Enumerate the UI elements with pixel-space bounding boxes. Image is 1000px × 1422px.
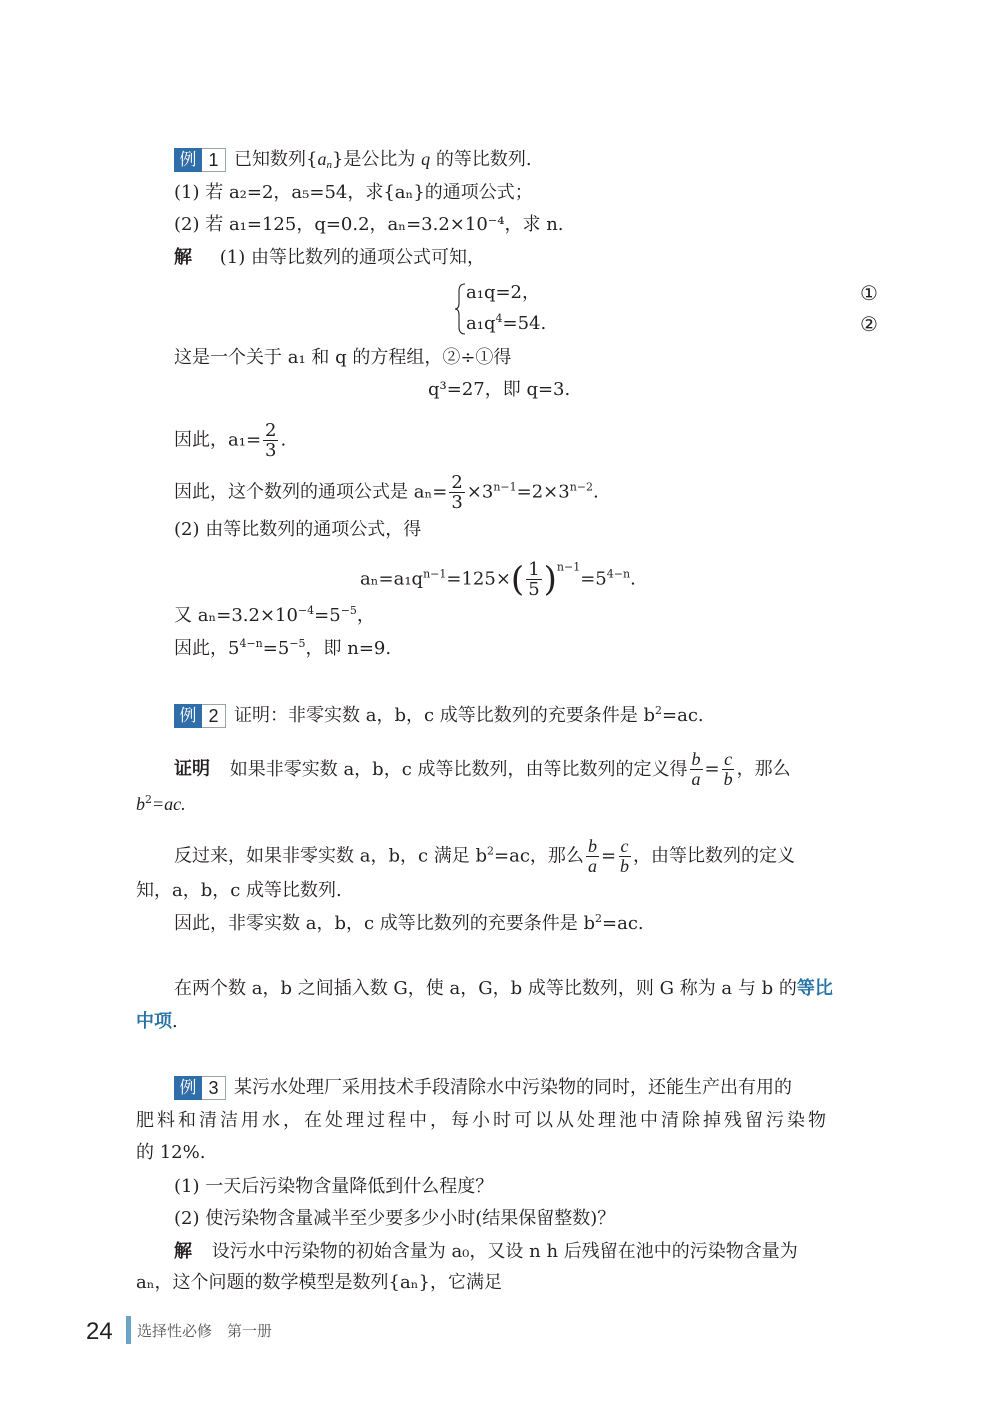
example-tag-number: 3 <box>202 1076 226 1100</box>
numerator: b <box>586 837 599 857</box>
math-var: b <box>136 794 145 814</box>
book-title: 选择性必修 第一册 <box>137 1320 272 1341</box>
example1-a1-result: 因此，a₁=23. <box>174 421 286 460</box>
example-tag-number: 1 <box>202 148 226 172</box>
example3-line2: 肥料和清洁用水，在处理过程中，每小时可以从处理池中清除掉残留污染物 <box>136 1109 829 1133</box>
denominator: 3 <box>263 441 278 460</box>
example1-solution-line2: 这是一个关于 a₁ 和 q 的方程组，②÷①得 <box>174 346 511 370</box>
exponent: −5 <box>341 604 357 617</box>
text: =54. <box>502 313 546 334</box>
example-tag-label: 例 <box>174 704 202 728</box>
exponent: n−1 <box>423 568 446 581</box>
text: 已知数列{ <box>234 149 317 170</box>
text: = <box>705 759 720 780</box>
text: =ac. <box>662 705 704 726</box>
solution-label: 解 <box>174 1241 192 1262</box>
text: =125× <box>446 569 511 590</box>
text: ，由等比数列的定义 <box>633 846 795 867</box>
exponent: 2 <box>145 793 152 806</box>
text: =5 <box>314 605 341 626</box>
example-tag-label: 例 <box>174 148 202 172</box>
example3-line3: 的 12%. <box>136 1141 205 1165</box>
text: 如果非零实数 a，b，c 成等比数列，由等比数列的定义得 <box>230 759 688 780</box>
example2-proof-line2: b2=ac. <box>136 792 186 817</box>
example1-solution-part2: (2) 由等比数列的通项公式，得 <box>174 518 421 542</box>
system-equation-2: a₁q4=54. <box>466 312 546 336</box>
denominator: b <box>722 770 735 789</box>
text: =2×3 <box>517 482 570 503</box>
system-equation-1: a₁q=2， <box>466 281 540 305</box>
text: 因此，这个数列的通项公式是 aₙ= <box>174 482 447 503</box>
exponent: n−1 <box>557 561 580 574</box>
text: =5 <box>580 569 607 590</box>
example3-statement: 例 3 某污水处理厂采用技术手段清除水中污染物的同时，还能生产出有用的 <box>174 1076 792 1100</box>
exponent: 2 <box>655 704 662 717</box>
denominator: a <box>690 770 703 789</box>
text: 设污水中污染物的初始含量为 a₀，又设 n h 后残留在池中的污染物含量为 <box>212 1241 798 1262</box>
text: =ac. <box>602 913 644 934</box>
exponent: 2 <box>595 912 602 925</box>
text: = <box>601 846 616 867</box>
exponent: −4 <box>298 604 314 617</box>
fraction: 15 <box>526 560 541 599</box>
fraction: cb <box>722 750 735 789</box>
example1-general-formula: 因此，这个数列的通项公式是 aₙ=23×3n−1=2×3n−2. <box>174 473 599 512</box>
example1-q-cubed: q³=27，即 q=3. <box>428 378 570 402</box>
example3-solution-line2: aₙ，这个问题的数学模型是数列{aₙ}，它满足 <box>136 1271 502 1295</box>
proof-label: 证明 <box>174 759 210 780</box>
exponent: 4−n <box>607 568 630 581</box>
numerator: c <box>619 837 631 857</box>
denominator: 3 <box>449 493 464 512</box>
example1-question2: (2) 若 a₁=125，q=0.2，aₙ=3.2×10⁻⁴，求 n. <box>174 213 564 237</box>
exponent: 2 <box>487 845 494 858</box>
text: ，那么 <box>737 759 791 780</box>
numerator: b <box>690 750 703 770</box>
example2-statement: 例 2 证明：非零实数 a，b，c 成等比数列的充要条件是 b2=ac. <box>174 704 704 728</box>
text: 的等比数列. <box>430 149 531 170</box>
text: ，即 n=9. <box>306 638 392 659</box>
example3-question1: (1) 一天后污染物含量降低到什么程度？ <box>174 1175 493 1199</box>
fraction: ba <box>690 750 703 789</box>
example2-converse: 反过来，如果非零实数 a，b，c 满足 b2=ac，那么ba=cb，由等比数列的… <box>174 837 795 876</box>
key-term: 中项 <box>136 1011 172 1032</box>
example1-statement: 例 1 已知数列{an}是公比为 q 的等比数列. <box>174 147 532 172</box>
footer-divider <box>126 1316 131 1344</box>
text: ， <box>357 605 375 626</box>
geometric-mean-definition-line2: 中项. <box>136 1010 178 1034</box>
solution-label: 解 <box>174 247 192 268</box>
example1-solution-line1: 解 (1) 由等比数列的通项公式可知， <box>174 246 485 270</box>
text: . <box>593 482 599 503</box>
example2-converse-line2: 知，a，b，c 成等比数列. <box>136 879 342 903</box>
example-tag-number: 2 <box>202 704 226 728</box>
fraction: 23 <box>449 473 464 512</box>
denominator: a <box>586 857 599 876</box>
example3-solution-line1: 解 设污水中污染物的初始含量为 a₀，又设 n h 后残留在池中的污染物含量为 <box>174 1240 798 1264</box>
exponent: n−1 <box>493 481 516 494</box>
example-tag-label: 例 <box>174 1076 202 1100</box>
equation-number-1: ① <box>860 281 878 305</box>
example1-an-derivation: aₙ=a₁qn−1=125×(15)n−1=54−n. <box>360 560 636 599</box>
text: . <box>172 1011 178 1032</box>
text: }是公比为 <box>332 149 421 170</box>
exponent: −5 <box>289 637 305 650</box>
text: 因此，5 <box>174 638 239 659</box>
numerator: 2 <box>449 473 464 493</box>
exponent: n−2 <box>570 481 593 494</box>
denominator: b <box>618 857 631 876</box>
example1-final: 因此，54−n=5−5，即 n=9. <box>174 637 391 661</box>
text: =5 <box>263 638 290 659</box>
exponent: 4−n <box>239 637 262 650</box>
fraction: cb <box>618 837 631 876</box>
text: 因此，非零实数 a，b，c 成等比数列的充要条件是 b <box>174 913 595 934</box>
text: =ac，那么 <box>494 846 584 867</box>
example3-question2: (2) 使污染物含量减半至少要多少小时(结果保留整数)？ <box>174 1207 615 1231</box>
page-number: 24 <box>86 1318 113 1346</box>
example-tag: 例 2 <box>174 704 226 728</box>
text: ×3 <box>467 482 494 503</box>
text: aₙ=a₁q <box>360 569 423 590</box>
numerator: c <box>722 750 734 770</box>
example1-question1: (1) 若 a₂=2，a₅=54，求{aₙ}的通项公式； <box>174 181 533 205</box>
fraction: ba <box>586 837 599 876</box>
system-brace-icon <box>454 283 466 335</box>
text: 反过来，如果非零实数 a，b，c 满足 b <box>174 846 487 867</box>
text: 证明：非零实数 a，b，c 成等比数列的充要条件是 b <box>234 705 655 726</box>
text: 又 aₙ=3.2×10 <box>174 605 298 626</box>
textbook-page: 例 1 已知数列{an}是公比为 q 的等比数列. (1) 若 a₂=2，a₅=… <box>0 0 1000 1422</box>
key-term: 等比 <box>797 978 833 999</box>
math-var: q <box>421 149 430 169</box>
example2-proof-line1: 证明 如果非零实数 a，b，c 成等比数列，由等比数列的定义得ba=cb，那么 <box>174 750 791 789</box>
geometric-mean-definition: 在两个数 a，b 之间插入数 G，使 a，G，b 成等比数列，则 G 称为 a … <box>174 977 833 1001</box>
right-paren: ) <box>544 560 557 600</box>
text: (1) 由等比数列的通项公式可知， <box>220 247 485 268</box>
example-tag: 例 3 <box>174 1076 226 1100</box>
left-paren: ( <box>511 560 524 600</box>
equation-number-2: ② <box>860 312 878 336</box>
fraction: 23 <box>263 421 278 460</box>
example1-also: 又 aₙ=3.2×10−4=5−5， <box>174 604 375 628</box>
denominator: 5 <box>526 580 541 599</box>
example2-conclusion: 因此，非零实数 a，b，c 成等比数列的充要条件是 b2=ac. <box>174 912 644 936</box>
text: =ac. <box>152 794 186 814</box>
text: 因此，a₁= <box>174 430 261 451</box>
text: a₁q <box>466 313 495 334</box>
text: . <box>630 569 636 590</box>
numerator: 2 <box>263 421 278 441</box>
numerator: 1 <box>526 560 541 580</box>
text: 在两个数 a，b 之间插入数 G，使 a，G，b 成等比数列，则 G 称为 a … <box>174 978 797 999</box>
text: 某污水处理厂采用技术手段清除水中污染物的同时，还能生产出有用的 <box>234 1077 792 1098</box>
example-tag: 例 1 <box>174 148 226 172</box>
